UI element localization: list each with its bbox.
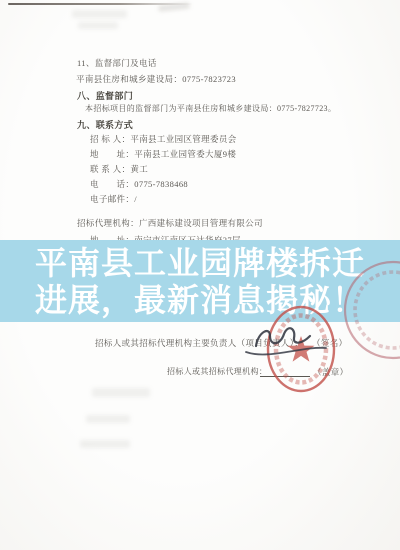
- agency-seal-label: 招标人或其招标代理机构：: [167, 366, 267, 377]
- email-line: 电子邮件：/: [90, 193, 137, 205]
- bleed-through-mark: [92, 388, 150, 397]
- supervision-phone-line: 平南县住房和城乡建设局：0775-7823723: [76, 73, 236, 85]
- contact-person-line: 联 系 人：黄工: [90, 163, 148, 175]
- section-8-body: 本招标项目的监督部门为平南县住房和城乡建设局：0775-7827723。: [85, 103, 336, 114]
- headline-line-1: 平南县工业园牌楼拆迁: [35, 245, 365, 282]
- scanned-tender-document-photo: 11、监督部门及电话 平南县住房和城乡建设局：0775-7823723 八、监督…: [0, 0, 400, 550]
- signature-blank-line: [260, 366, 310, 377]
- sign-here-suffix: （签名）: [312, 337, 347, 349]
- headline-line-2: 进展，最新消息揭秘！: [35, 282, 365, 319]
- seal-here-suffix: （盖章）: [313, 366, 348, 378]
- section-11-title: 11、监督部门及电话: [77, 57, 157, 69]
- tenderer-address-line: 地 址：平南县工业园管委大厦9楼: [90, 148, 236, 160]
- section-8-heading: 八、监督部门: [77, 89, 133, 102]
- bleed-through-mark: [72, 10, 127, 18]
- phone-line: 电 话：0775-7838468: [90, 178, 188, 190]
- headline-banner: 平南县工业园牌楼拆迁 进展，最新消息揭秘！: [0, 240, 400, 322]
- bleed-through-mark: [80, 440, 130, 448]
- bleed-through-mark: [78, 22, 118, 29]
- bleed-through-mark: [86, 415, 130, 423]
- section-9-heading: 九、联系方式: [77, 118, 133, 131]
- responsible-person-label: 招标人或其招标代理机构主要负责人（项目负责人）：: [95, 337, 303, 349]
- tenderer-line: 招 标 人：平南县工业园区管理委员会: [90, 133, 237, 145]
- agency-name-line: 招标代理机构：广西建标建设项目管理有限公司: [77, 217, 263, 229]
